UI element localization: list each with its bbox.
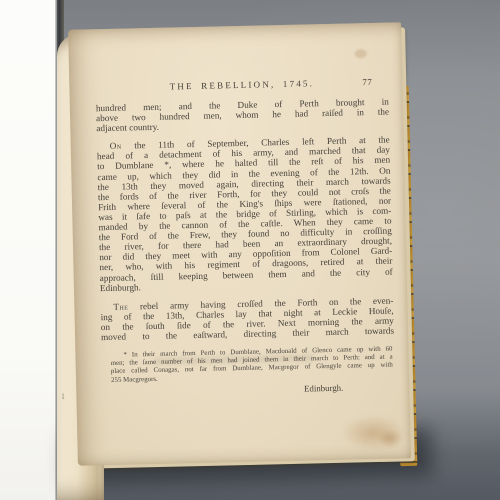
paragraph: The rebel army having croſſed the Forth … [100,295,394,342]
small-caps-opener: The [113,301,128,311]
paragraph: hundred men; and the Duke of Perth broug… [96,97,390,134]
paragraph: On the 11th of September, Charles left P… [97,135,393,293]
photo-of-open-book: { "colors": { "backdrop_gray": "#8a8e92"… [0,0,500,500]
running-header: THE REBELLION, 1745. 77 [95,77,388,94]
white-backdrop-strip [0,0,57,500]
page-number: 77 [362,77,372,87]
book-page: THE REBELLION, 1745. 77 hundred men; and… [68,22,411,465]
page-text: THE REBELLION, 1745. 77 hundred men; and… [95,77,395,398]
page-stain [355,49,367,58]
header-title: THE REBELLION, 1745. [170,78,315,91]
left-page-text-fragment: 1 [61,392,65,401]
small-caps-opener: On [110,141,122,151]
footnote: * In their march from Perth to Dumblane,… [110,346,393,385]
page-stain [377,428,403,449]
